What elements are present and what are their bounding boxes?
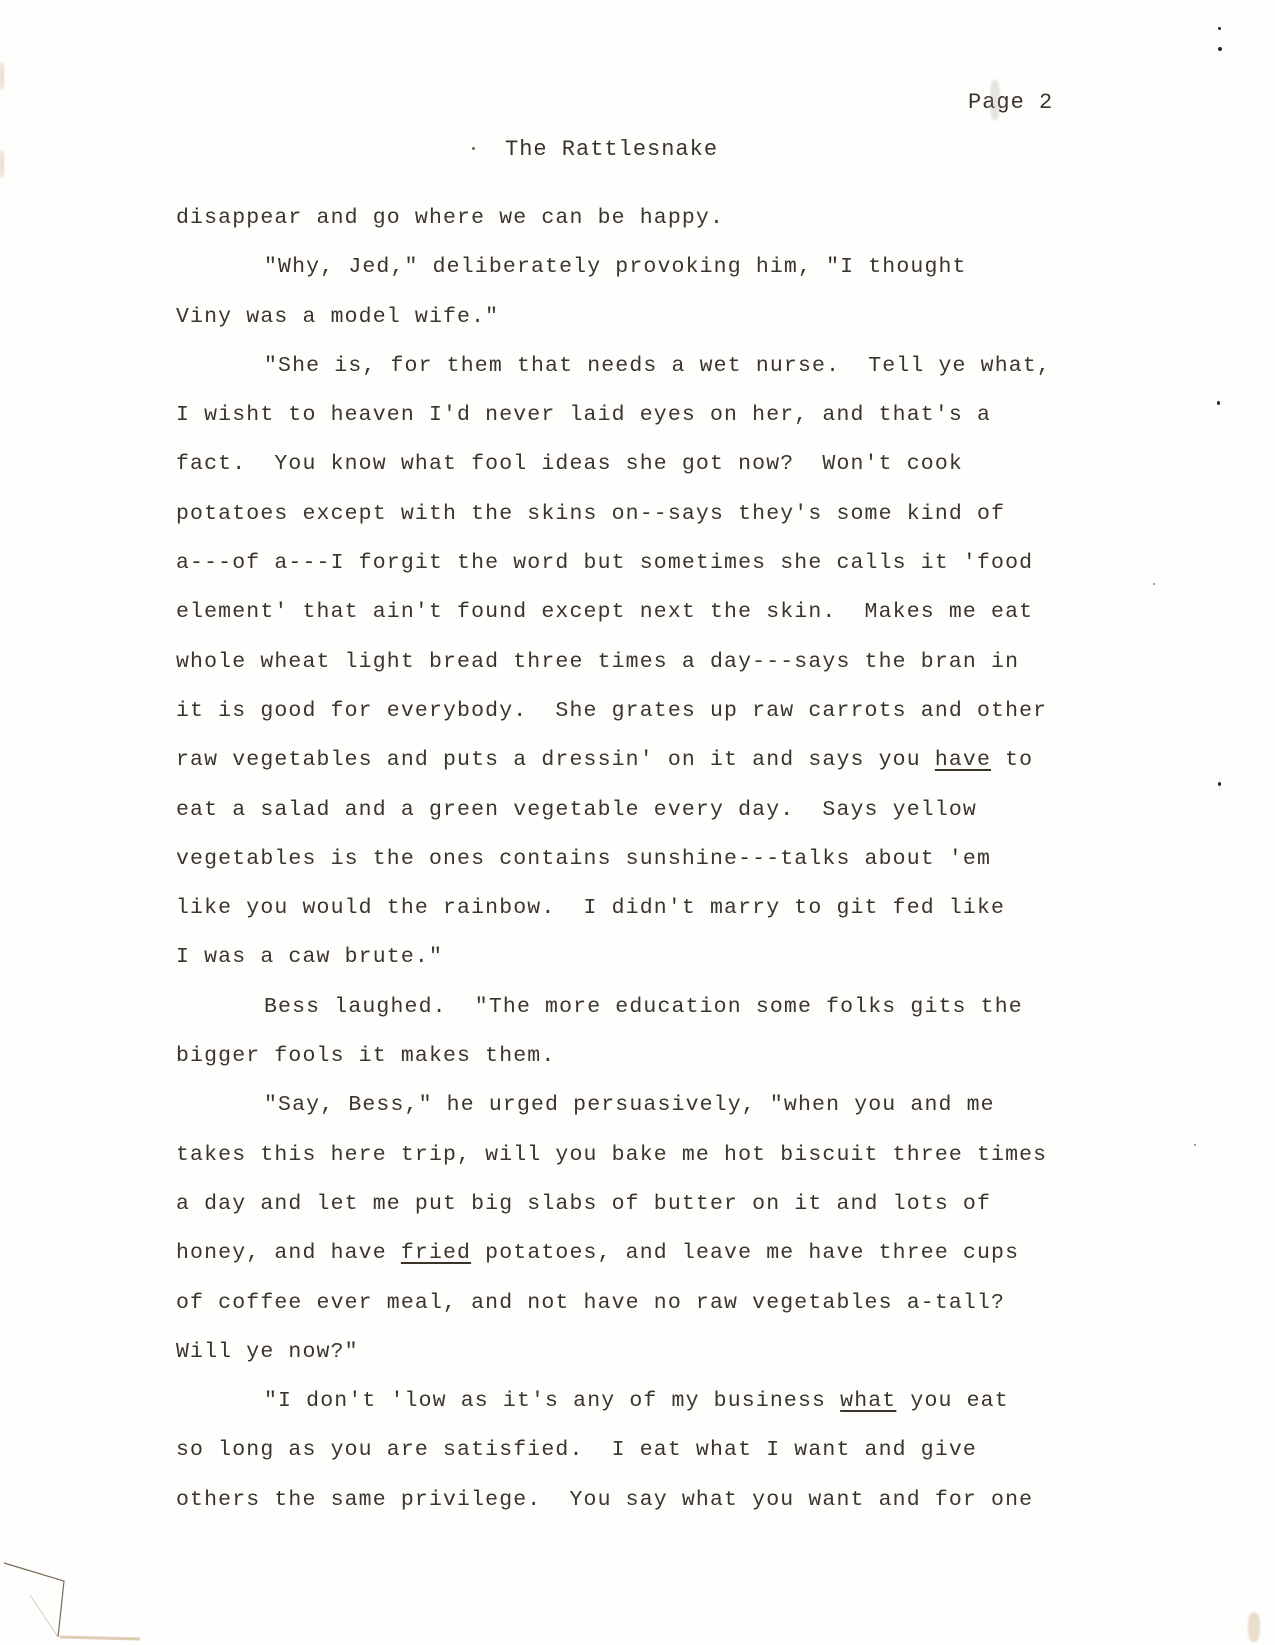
text-line: a---of a---I forgit the word but sometim…: [176, 551, 1116, 600]
text-segment: to: [991, 748, 1033, 772]
text-line: raw vegetables and puts a dressin' on it…: [176, 748, 1116, 797]
text-line: vegetables is the ones contains sunshine…: [176, 847, 1116, 896]
ink-speck: [1194, 1144, 1196, 1146]
ink-speck: [1218, 782, 1221, 786]
text-line: Viny was a model wife.": [176, 305, 1116, 354]
ink-speck: [1217, 401, 1220, 405]
text-line: "I don't 'low as it's any of my business…: [176, 1389, 1116, 1438]
text-line: I was a caw brute.": [176, 945, 1116, 994]
text-line: it is good for everybody. She grates up …: [176, 699, 1116, 748]
paper-stain: [990, 80, 1000, 120]
paper-stain: [0, 150, 4, 178]
text-line: others the same privilege. You say what …: [176, 1488, 1116, 1537]
text-line: whole wheat light bread three times a da…: [176, 650, 1116, 699]
text-segment: raw vegetables and puts a dressin' on it…: [176, 748, 935, 772]
text-line: like you would the rainbow. I didn't mar…: [176, 896, 1116, 945]
underlined-word: what: [840, 1389, 896, 1413]
text-line: fact. You know what fool ideas she got n…: [176, 452, 1116, 501]
text-line: "She is, for them that needs a wet nurse…: [176, 354, 1116, 403]
ink-speck: [1218, 27, 1221, 30]
story-title: The Rattlesnake: [505, 137, 718, 162]
text-segment: you eat: [896, 1389, 1008, 1413]
page-number: Page 2: [968, 90, 1053, 115]
text-line: disappear and go where we can be happy.: [176, 206, 1116, 255]
text-line: Bess laughed. "The more education some f…: [176, 995, 1116, 1044]
paper-stain: [1248, 1612, 1260, 1642]
ink-speck: [1153, 583, 1155, 585]
paper-stain: [0, 62, 4, 90]
text-segment: honey, and have: [176, 1241, 401, 1265]
text-line: eat a salad and a green vegetable every …: [176, 798, 1116, 847]
text-line: a day and let me put big slabs of butter…: [176, 1192, 1116, 1241]
underlined-word: have: [935, 748, 991, 772]
text-line: honey, and have fried potatoes, and leav…: [176, 1241, 1116, 1290]
underlined-word: fried: [401, 1241, 471, 1265]
text-line: so long as you are satisfied. I eat what…: [176, 1438, 1116, 1487]
text-line: I wisht to heaven I'd never laid eyes on…: [176, 403, 1116, 452]
ink-speck: [1218, 47, 1222, 51]
text-segment: potatoes, and leave me have three cups: [471, 1241, 1019, 1265]
text-line: Will ye now?": [176, 1340, 1116, 1389]
text-segment: "I don't 'low as it's any of my business: [264, 1389, 840, 1413]
text-line: element' that ain't found except next th…: [176, 600, 1116, 649]
text-line: "Why, Jed," deliberately provoking him, …: [176, 255, 1116, 304]
text-line: takes this here trip, will you bake me h…: [176, 1143, 1116, 1192]
folded-corner-mark: [0, 1555, 160, 1645]
text-line: "Say, Bess," he urged persuasively, "whe…: [176, 1093, 1116, 1142]
text-line: potatoes except with the skins on--says …: [176, 502, 1116, 551]
ink-speck: [472, 147, 475, 150]
text-line: bigger fools it makes them.: [176, 1044, 1116, 1093]
typewritten-page: Page 2 The Rattlesnake disappear and go …: [0, 0, 1275, 1645]
text-line: of coffee ever meal, and not have no raw…: [176, 1291, 1116, 1340]
story-body: disappear and go where we can be happy."…: [176, 206, 1116, 1537]
